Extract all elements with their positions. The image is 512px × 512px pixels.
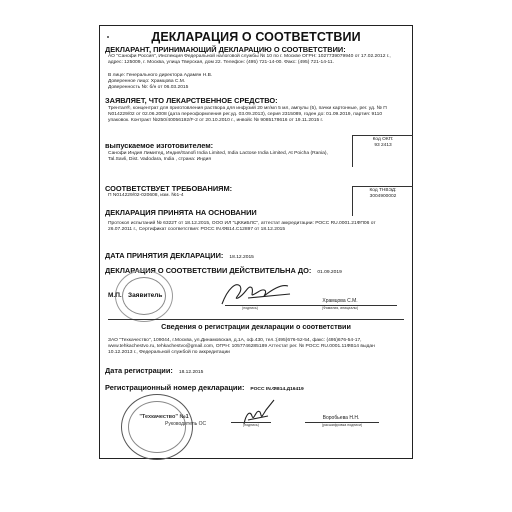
basis-text: Протокол испытаний № 6322Т от 18.12.2015… — [108, 221, 398, 233]
registration-text: ЗАО "Техкачество", 109044, г.Москва, ул.… — [108, 338, 398, 357]
declarant-signer-name: Храмцова С.М. — [300, 298, 380, 304]
registration-date-value: 18.12.2015 — [179, 370, 203, 375]
authority-name-caption: (расшифровка подписи) — [305, 423, 379, 427]
registration-date-label: Дата регистрации: — [105, 366, 173, 375]
acceptance-date-row: ДАТА ПРИНЯТИЯ ДЕКЛАРАЦИИ:18.12.2015 — [105, 251, 254, 260]
manufacturer-text: Санофи Индия Лимитед, Индия/Sanofi India… — [108, 151, 338, 163]
tnved-code-box: Код ТНВЭД: 3004900002 — [352, 186, 413, 216]
declarant-power-of-attorney: Доверенность №: б/н от 06.03.2015 — [108, 85, 398, 91]
requirements-heading: СООТВЕТСТВУЕТ ТРЕБОВАНИЯМ: — [105, 184, 232, 193]
registration-separator — [108, 319, 404, 320]
declarant-text: АО "Санофи Россия", Инспекция Федерально… — [108, 54, 398, 66]
mp-label: М.П. — [108, 292, 122, 299]
authority-signature-caption: (подпись) — [236, 423, 266, 427]
authority-stamp — [121, 394, 193, 460]
registration-number-value: РОСС IN.ФВ14.Д16419 — [250, 387, 303, 392]
registration-heading: Сведения о регистрации декларации о соот… — [99, 322, 413, 331]
tnved-value: 3004900002 — [353, 194, 413, 200]
declaration-page: ДЕКЛАРАЦИЯ О СООТВЕТСТВИИ ДЕКЛАРАНТ, ПРИ… — [0, 0, 512, 512]
claims-text: Трентал®, концентрат для приготовления р… — [108, 106, 398, 125]
okp-value: 93 2413 — [353, 143, 413, 149]
manufacturer-heading: выпускаемое изготовителем: — [105, 141, 213, 150]
acceptance-date-value: 18.12.2015 — [229, 255, 253, 260]
declarant-signature-caption: (подпись) — [230, 306, 270, 310]
registration-date-row: Дата регистрации:18.12.2015 — [105, 366, 203, 375]
document-title: ДЕКЛАРАЦИЯ О СООТВЕТСТВИИ — [99, 30, 413, 44]
claims-heading: ЗАЯВЛЯЕТ, ЧТО ЛЕКАРСТВЕННОЕ СРЕДСТВО: — [105, 96, 278, 105]
registration-number-label: Регистрационный номер декларации: — [105, 383, 244, 392]
okp-code-box: Код ОКП: 93 2413 — [352, 135, 413, 167]
valid-until-value: 01.09.2019 — [317, 270, 341, 275]
declarant-heading: ДЕКЛАРАНТ, ПРИНИМАЮЩИЙ ДЕКЛАРАЦИЮ О СООТ… — [105, 45, 346, 54]
acceptance-date-label: ДАТА ПРИНЯТИЯ ДЕКЛАРАЦИИ: — [105, 251, 223, 260]
authority-signer-name: Воробьева Н.Н. — [305, 415, 377, 421]
requirements-text: П N014229/02-020608, изм. №1-4 — [108, 193, 184, 199]
authority-stamp-text: "Техкачество" №1 — [134, 414, 194, 420]
declarant-role: Заявитель — [128, 292, 162, 299]
registration-number-row: Регистрационный номер декларации:РОСС IN… — [105, 383, 304, 392]
authority-role: Руководитель ОС — [165, 421, 206, 427]
basis-heading: ДЕКЛАРАЦИЯ ПРИНЯТА НА ОСНОВАНИИ — [105, 208, 257, 217]
declarant-name-caption: (Фамилия, инициалы) — [300, 306, 380, 310]
declarant-signature-icon — [218, 278, 298, 308]
